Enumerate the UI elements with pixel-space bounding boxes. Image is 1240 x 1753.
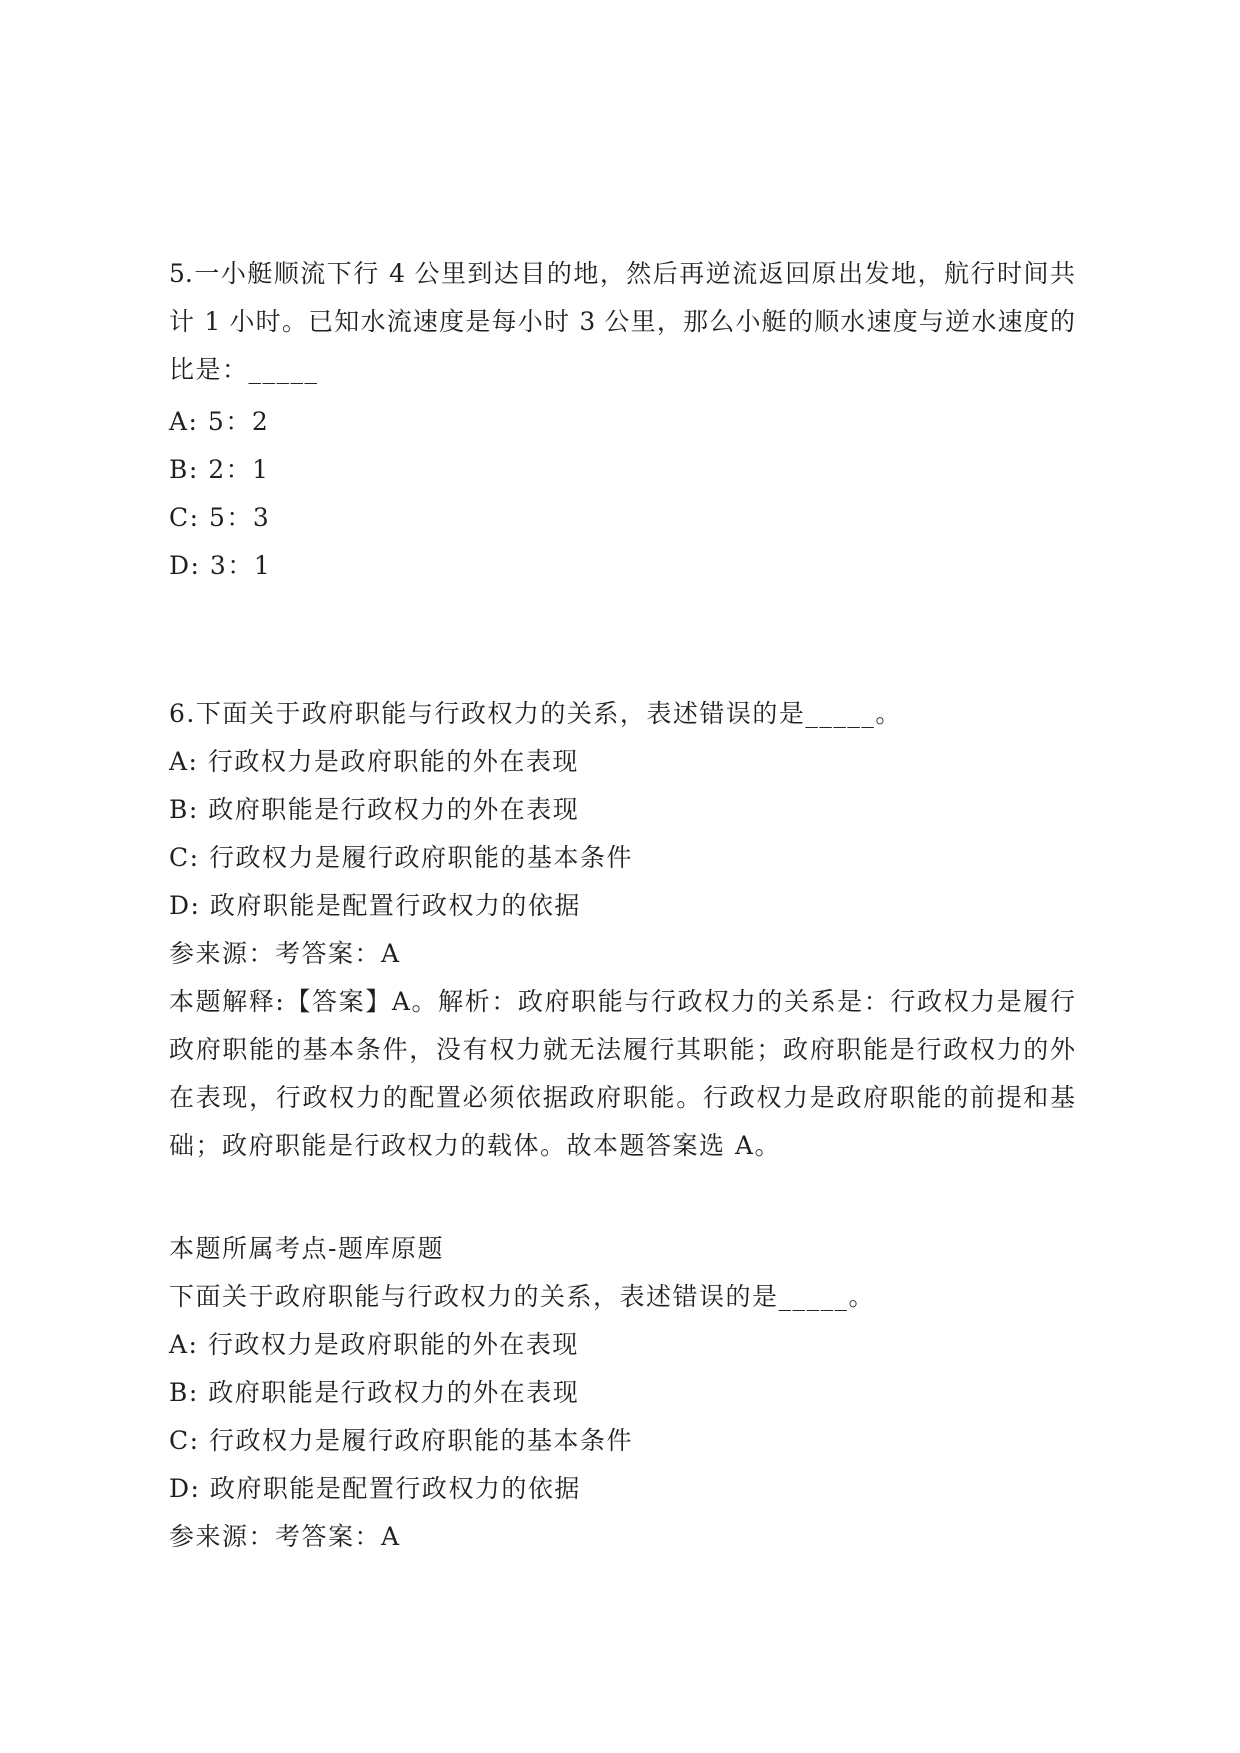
repeat-option-c: C: 行政权力是履行政府职能的基本条件 bbox=[169, 1417, 1075, 1465]
repeat-question-title: 下面关于政府职能与行政权力的关系，表述错误的是_____。 bbox=[169, 1273, 1075, 1321]
question5-text-line-2: 计 1 小时。已知水流速度是每小时 3 公里，那么小艇的顺水速度与逆水速度的 bbox=[169, 298, 1075, 346]
document-page: 5.一小艇顺流下行 4 公里到达目的地，然后再逆流返回原出发地，航行时间共 计 … bbox=[0, 0, 1240, 1753]
repeat-answer-source: 参来源：考答案：A bbox=[169, 1513, 1075, 1561]
repeat-option-b: B: 政府职能是行政权力的外在表现 bbox=[169, 1369, 1075, 1417]
question6-option-c: C: 行政权力是履行政府职能的基本条件 bbox=[169, 834, 1075, 882]
question6-option-a: A: 行政权力是政府职能的外在表现 bbox=[169, 738, 1075, 786]
section-gap bbox=[169, 590, 1075, 690]
question5-text-line-1: 5.一小艇顺流下行 4 公里到达目的地，然后再逆流返回原出发地，航行时间共 bbox=[169, 250, 1075, 298]
question6-explanation-line-3: 在表现，行政权力的配置必须依据政府职能。行政权力是政府职能的前提和基 bbox=[169, 1074, 1075, 1122]
question6-explanation-line-1: 本题解释:【答案】A。解析：政府职能与行政权力的关系是：行政权力是履行 bbox=[169, 978, 1075, 1026]
question5-text-line-3: 比是：_____ bbox=[169, 346, 1075, 394]
question6-answer-source: 参来源：考答案：A bbox=[169, 930, 1075, 978]
question5-option-c: C: 5：3 bbox=[169, 494, 1075, 542]
question6-option-d: D: 政府职能是配置行政权力的依据 bbox=[169, 882, 1075, 930]
question6-title: 6.下面关于政府职能与行政权力的关系，表述错误的是_____。 bbox=[169, 690, 1075, 738]
repeat-option-a: A: 行政权力是政府职能的外在表现 bbox=[169, 1321, 1075, 1369]
question6-explanation-line-4: 础；政府职能是行政权力的载体。故本题答案选 A。 bbox=[169, 1122, 1075, 1170]
question6-option-b: B: 政府职能是行政权力的外在表现 bbox=[169, 786, 1075, 834]
paragraph-gap bbox=[169, 1170, 1075, 1225]
topic-header: 本题所属考点-题库原题 bbox=[169, 1225, 1075, 1273]
question5-option-a: A: 5：2 bbox=[169, 398, 1075, 446]
repeat-option-d: D: 政府职能是配置行政权力的依据 bbox=[169, 1465, 1075, 1513]
document-content: 5.一小艇顺流下行 4 公里到达目的地，然后再逆流返回原出发地，航行时间共 计 … bbox=[169, 250, 1075, 1561]
question6-explanation-line-2: 政府职能的基本条件，没有权力就无法履行其职能；政府职能是行政权力的外 bbox=[169, 1026, 1075, 1074]
question5-option-d: D: 3：1 bbox=[169, 542, 1075, 590]
question5-option-b: B: 2：1 bbox=[169, 446, 1075, 494]
